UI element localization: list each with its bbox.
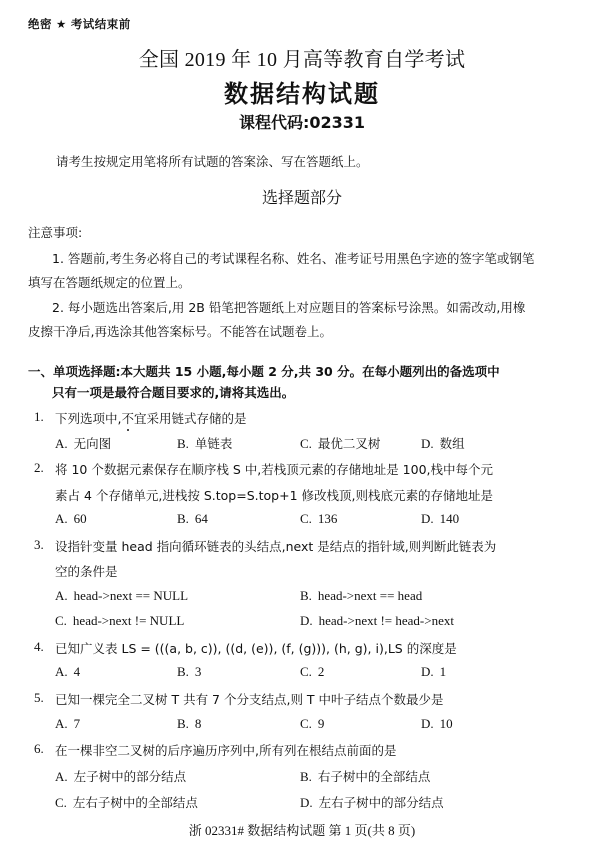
option-text: 140 [440, 511, 460, 526]
option-label: C. [55, 795, 67, 810]
q4-option-b: B.3 [177, 664, 201, 680]
question-3-number: 3. [34, 537, 44, 553]
q6-option-a: A.左子树中的部分结点 [55, 767, 186, 785]
question-1-text-before: 下列选项中, [55, 411, 121, 426]
option-label: A. [55, 716, 68, 731]
question-2-line-2: 素占 4 个存储单元,进栈按 S.top=S.top+1 修改栈顶,则栈底元素的… [55, 486, 493, 504]
option-text: 左右子树中的全部结点 [73, 795, 198, 810]
option-text: 最优二叉树 [318, 436, 381, 451]
option-text: 单链表 [195, 436, 233, 451]
emphasis-not: 不 [121, 409, 134, 427]
question-1-number: 1. [34, 409, 44, 425]
q5-option-a: A.7 [55, 716, 80, 732]
part-one-heading-line-1: 一、单项选择题:本大题共 15 小题,每小题 2 分,共 30 分。在每小题列出… [28, 362, 500, 380]
q2-option-c: C.136 [300, 511, 337, 527]
option-label: B. [177, 436, 189, 451]
question-6-line-1: 在一棵非空二叉树的后序遍历序列中,所有列在根结点前面的是 [55, 741, 396, 759]
option-text: 左右子树中的部分结点 [319, 795, 444, 810]
question-5-line-1: 已知一棵完全二叉树 T 共有 7 个分支结点,则 T 中叶子结点个数最少是 [55, 690, 444, 708]
note-1-line-2: 填写在答题纸规定的位置上。 [28, 273, 191, 291]
option-label: C. [300, 716, 312, 731]
question-5-number: 5. [34, 690, 44, 706]
option-label: A. [55, 769, 68, 784]
option-label: A. [55, 436, 68, 451]
course-code: 课程代码:02331 [0, 110, 604, 133]
q4-option-c: C.2 [300, 664, 324, 680]
q1-option-a: A.无向图 [55, 434, 111, 452]
option-text: head->next != head->next [319, 613, 454, 628]
option-text: 60 [74, 511, 87, 526]
q6-option-c: C.左右子树中的全部结点 [55, 793, 198, 811]
question-1-text: 下列选项中,不宜采用链式存储的是 [55, 409, 247, 427]
question-2-number: 2. [34, 460, 44, 476]
section-heading: 选择题部分 [0, 185, 604, 208]
note-2-line-2: 皮擦干净后,再选涂其他答案标号。不能答在试题卷上。 [28, 322, 332, 340]
q3-option-c: C.head->next != NULL [55, 613, 184, 629]
secret-text: 绝密 [28, 17, 52, 31]
exam-title: 全国 2019 年 10 月高等教育自学考试 [0, 43, 604, 72]
option-text: 9 [318, 716, 325, 731]
option-text: 64 [195, 511, 208, 526]
option-text: 10 [440, 716, 453, 731]
option-label: C. [55, 613, 67, 628]
option-label: D. [300, 613, 313, 628]
confidential-label: 绝密★考试结束前 [28, 16, 131, 32]
option-text: head->next != NULL [73, 613, 184, 628]
option-text: 数组 [440, 436, 465, 451]
q5-option-d: D.10 [421, 716, 453, 732]
secret-suffix: 考试结束前 [71, 17, 131, 31]
option-text: 8 [195, 716, 202, 731]
answer-instruction: 请考生按规定用笔将所有试题的答案涂、写在答题纸上。 [56, 152, 369, 170]
q1-option-c: C.最优二叉树 [300, 434, 380, 452]
note-2-line-1: 2. 每小题选出答案后,用 2B 铅笔把答题纸上对应题目的答案标号涂黑。如需改动… [52, 298, 525, 316]
option-text: 136 [318, 511, 338, 526]
q4-option-d: D.1 [421, 664, 446, 680]
q6-option-b: B.右子树中的全部结点 [300, 767, 430, 785]
option-label: A. [55, 664, 68, 679]
option-label: A. [55, 588, 68, 603]
option-text: 4 [74, 664, 81, 679]
option-text: 无向图 [74, 436, 112, 451]
q2-option-b: B.64 [177, 511, 208, 527]
note-1-line-1: 1. 答题前,考生务必将自己的考试课程名称、姓名、准考证号用黑色字迹的签字笔或钢… [52, 249, 534, 267]
subject-title: 数据结构试题 [0, 74, 604, 109]
option-text: 3 [195, 664, 202, 679]
question-1-text-after: 宜采用链式存储的是 [134, 411, 247, 426]
option-label: B. [300, 588, 312, 603]
option-text: 7 [74, 716, 81, 731]
q2-option-d: D.140 [421, 511, 459, 527]
option-label: B. [177, 664, 189, 679]
q1-option-d: D.数组 [421, 434, 465, 452]
q5-option-c: C.9 [300, 716, 324, 732]
option-label: D. [421, 511, 434, 526]
q2-option-a: A.60 [55, 511, 87, 527]
option-label: B. [300, 769, 312, 784]
star-icon: ★ [56, 17, 67, 31]
option-text: head->next == head [318, 588, 422, 603]
option-label: C. [300, 511, 312, 526]
option-label: C. [300, 436, 312, 451]
option-text: 2 [318, 664, 325, 679]
q5-option-b: B.8 [177, 716, 201, 732]
option-label: D. [300, 795, 313, 810]
notes-title: 注意事项: [28, 223, 82, 241]
question-3-line-2: 空的条件是 [55, 562, 118, 580]
option-label: B. [177, 716, 189, 731]
question-4-line-1: 已知广义表 LS = (((a, b, c)), ((d, (e)), (f, … [55, 639, 457, 657]
part-one-heading-line-2: 只有一项是最符合题目要求的,请将其选出。 [52, 383, 294, 401]
q3-option-b: B.head->next == head [300, 588, 422, 604]
option-text: 1 [440, 664, 447, 679]
question-2-line-1: 将 10 个数据元素保存在顺序栈 S 中,若栈顶元素的存储地址是 100,栈中每… [55, 460, 493, 478]
q1-option-b: B.单链表 [177, 434, 232, 452]
option-label: D. [421, 664, 434, 679]
option-text: 右子树中的全部结点 [318, 769, 431, 784]
q3-option-a: A.head->next == NULL [55, 588, 188, 604]
option-text: head->next == NULL [74, 588, 188, 603]
page-footer: 浙 02331# 数据结构试题 第 1 页(共 8 页) [0, 820, 604, 839]
question-6-number: 6. [34, 741, 44, 757]
question-4-number: 4. [34, 639, 44, 655]
q4-option-a: A.4 [55, 664, 80, 680]
option-label: D. [421, 716, 434, 731]
option-label: C. [300, 664, 312, 679]
option-text: 左子树中的部分结点 [74, 769, 187, 784]
q3-option-d: D.head->next != head->next [300, 613, 454, 629]
option-label: D. [421, 436, 434, 451]
option-label: B. [177, 511, 189, 526]
option-label: A. [55, 511, 68, 526]
question-3-line-1: 设指针变量 head 指向循环链表的头结点,next 是结点的指针域,则判断此链… [55, 537, 496, 555]
q6-option-d: D.左右子树中的部分结点 [300, 793, 444, 811]
